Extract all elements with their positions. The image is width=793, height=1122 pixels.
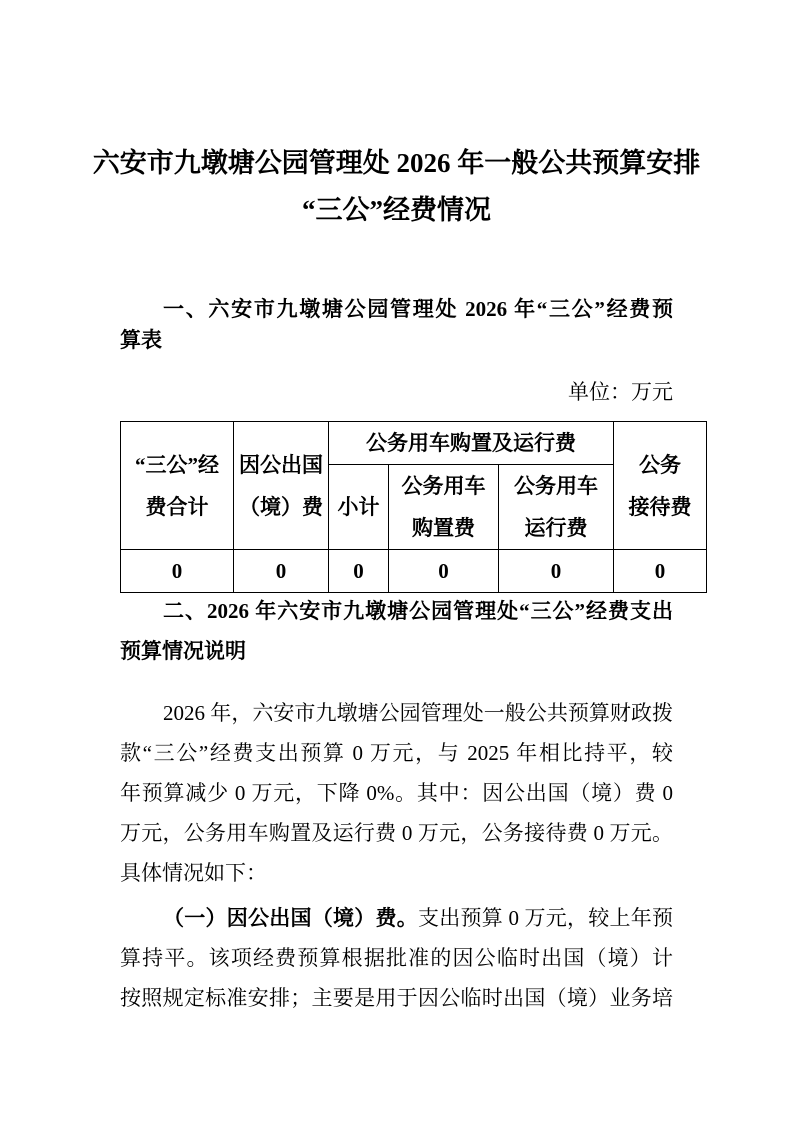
- value-purchase: 0: [389, 550, 499, 593]
- section2-heading-line2: 预算情况说明: [120, 631, 673, 671]
- table-row: 0 0 0 0 0 0: [121, 550, 707, 593]
- document-title-line1: 六安市九墩塘公园管理处 2026 年一般公共预算安排: [60, 140, 733, 187]
- paragraph-summary-line3: 年预算减少 0 万元，下降 0%。其中：因公出国（境）费 0: [120, 773, 673, 813]
- paragraph-abroad-fee-line2: 算持平。该项经费预算根据批准的因公临时出国（境）计划，: [120, 938, 673, 978]
- paragraph-abroad-fee-lead: （一）因公出国（境）费。: [163, 906, 418, 930]
- section1-heading-line2: 算表: [120, 325, 673, 356]
- paragraph-abroad-fee: （一）因公出国（境）费。支出预算 0 万元，较上年预 算持平。该项经费预算根据批…: [120, 898, 673, 1018]
- header-cell-subtotal: 小计: [329, 465, 389, 550]
- document-page: 六安市九墩塘公园管理处 2026 年一般公共预算安排 “三公”经费情况 一、六安…: [0, 0, 793, 1122]
- section1-heading: 一、六安市九墩塘公园管理处 2026 年“三公”经费预 算表: [120, 294, 673, 356]
- paragraph-abroad-fee-line1: （一）因公出国（境）费。支出预算 0 万元，较上年预: [120, 898, 673, 938]
- paragraph-abroad-fee-line3: 按照规定标准安排；主要是用于因公临时出国（境）业务培: [120, 978, 673, 1018]
- value-total: 0: [121, 550, 234, 593]
- section2-heading-line1: 二、2026 年六安市九墩塘公园管理处“三公”经费支出: [120, 591, 673, 631]
- document-title-line2: “三公”经费情况: [60, 187, 733, 234]
- value-reception: 0: [614, 550, 707, 593]
- value-operation: 0: [499, 550, 614, 593]
- paragraph-summary: 2026 年，六安市九墩塘公园管理处一般公共预算财政拨 款“三公”经费支出预算 …: [120, 693, 673, 893]
- header-cell-vehicle-group: 公务用车购置及运行费: [329, 422, 614, 465]
- section1-heading-line1: 一、六安市九墩塘公园管理处 2026 年“三公”经费预: [120, 294, 673, 325]
- header-cell-operation: 公务用车 运行费: [499, 465, 614, 550]
- paragraph-summary-line1: 2026 年，六安市九墩塘公园管理处一般公共预算财政拨: [120, 693, 673, 733]
- paragraph-summary-line5: 具体情况如下：: [120, 853, 673, 893]
- header-cell-total: “三公”经 费合计: [121, 422, 234, 550]
- value-abroad: 0: [234, 550, 329, 593]
- paragraph-abroad-fee-line1-rest: 支出预算 0 万元，较上年预: [418, 906, 673, 930]
- budget-table: “三公”经 费合计 因公出国 （境）费 公务用车购置及运行费 公务 接待费 小计…: [120, 421, 706, 593]
- document-title: 六安市九墩塘公园管理处 2026 年一般公共预算安排 “三公”经费情况: [60, 140, 733, 234]
- paragraph-summary-line2: 款“三公”经费支出预算 0 万元，与 2025 年相比持平，较 2025: [120, 733, 673, 773]
- header-cell-reception: 公务 接待费: [614, 422, 707, 550]
- header-cell-purchase: 公务用车 购置费: [389, 465, 499, 550]
- paragraph-summary-line4: 万元，公务用车购置及运行费 0 万元，公务接待费 0 万元。: [120, 813, 673, 853]
- value-subtotal: 0: [329, 550, 389, 593]
- three-public-expense-table: “三公”经 费合计 因公出国 （境）费 公务用车购置及运行费 公务 接待费 小计…: [120, 421, 707, 593]
- header-cell-abroad: 因公出国 （境）费: [234, 422, 329, 550]
- unit-label: 单位：万元: [120, 372, 673, 412]
- section2-heading: 二、2026 年六安市九墩塘公园管理处“三公”经费支出 预算情况说明: [120, 591, 673, 671]
